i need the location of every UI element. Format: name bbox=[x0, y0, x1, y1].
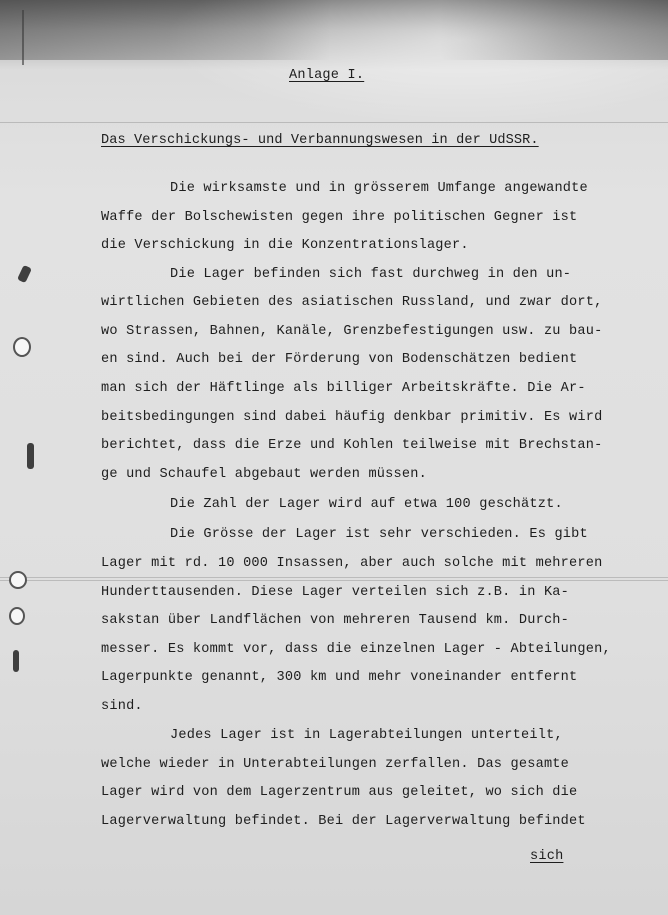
text-line: Lagerpunkte genannt, 300 km und mehr von… bbox=[101, 669, 577, 687]
text-line: Die Grösse der Lager ist sehr verschiede… bbox=[170, 526, 588, 544]
scan-line bbox=[0, 122, 668, 123]
text-line: die Verschickung in die Konzentrationsla… bbox=[101, 237, 469, 255]
text-line: messer. Es kommt vor, dass die einzelnen… bbox=[101, 641, 611, 659]
text-line: Die Lager befinden sich fast durchweg in… bbox=[170, 266, 571, 284]
text-line: berichtet, dass die Erze und Kohlen teil… bbox=[101, 437, 602, 455]
text-line: man sich der Häftlinge als billiger Arbe… bbox=[101, 380, 586, 398]
binding-mark bbox=[17, 265, 32, 283]
text-line: Waffe der Bolschewisten gegen ihre polit… bbox=[101, 209, 577, 227]
annex-title: Anlage I. bbox=[289, 67, 364, 85]
text-line: Lager mit rd. 10 000 Insassen, aber auch… bbox=[101, 555, 602, 573]
scan-line bbox=[0, 580, 668, 581]
text-line: ge und Schaufel abgebaut werden müssen. bbox=[101, 466, 427, 484]
text-line: welche wieder in Unterabteilungen zerfal… bbox=[101, 756, 569, 774]
text-line: wo Strassen, Bahnen, Kanäle, Grenzbefest… bbox=[101, 323, 602, 341]
binding-mark bbox=[13, 650, 19, 672]
binding-mark bbox=[27, 443, 34, 469]
text-line: Die wirksamste und in grösserem Umfange … bbox=[170, 180, 588, 198]
punch-hole-icon bbox=[9, 571, 27, 589]
text-line: Lagerverwaltung befindet. Bei der Lagerv… bbox=[101, 813, 586, 831]
text-line: Lager wird von dem Lagerzentrum aus gele… bbox=[101, 784, 577, 802]
page-edge-mark bbox=[22, 10, 24, 65]
scanned-page: Anlage I. Das Verschickungs- und Verbann… bbox=[0, 0, 668, 915]
scan-shadow bbox=[0, 0, 668, 60]
catchword: sich bbox=[530, 848, 563, 866]
text-line: Jedes Lager ist in Lagerabteilungen unte… bbox=[170, 727, 563, 745]
text-line: beitsbedingungen sind dabei häufig denkb… bbox=[101, 409, 602, 427]
text-line: sakstan über Landflächen von mehreren Ta… bbox=[101, 612, 569, 630]
text-line: wirtlichen Gebieten des asiatischen Russ… bbox=[101, 294, 602, 312]
scan-line bbox=[0, 577, 668, 578]
text-line: Die Zahl der Lager wird auf etwa 100 ges… bbox=[170, 496, 563, 514]
document-heading: Das Verschickungs- und Verbannungswesen … bbox=[101, 132, 539, 150]
text-line: Hunderttausenden. Diese Lager verteilen … bbox=[101, 584, 569, 602]
text-line: sind. bbox=[101, 698, 143, 716]
punch-hole-icon bbox=[9, 607, 25, 625]
text-line: en sind. Auch bei der Förderung von Bode… bbox=[101, 351, 577, 369]
punch-hole-icon bbox=[13, 337, 31, 357]
